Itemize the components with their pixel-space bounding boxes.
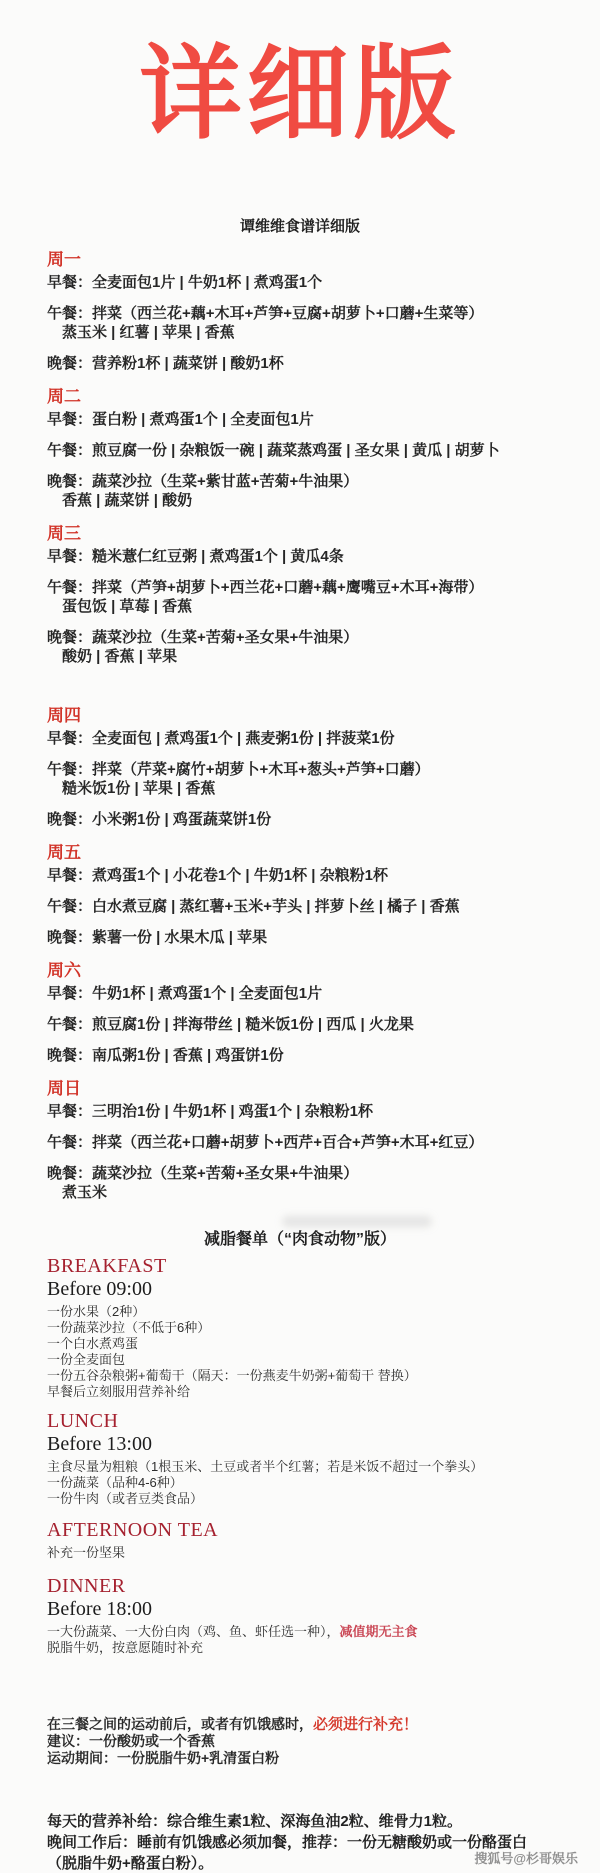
meal-label: 午餐： — [47, 761, 92, 778]
meal-label: 早餐： — [47, 1103, 92, 1120]
day-section-saturday: 周六 早餐：牛奶1杯 | 煮鸡蛋1个 | 全麦面包1片 午餐：煎豆腐1份 | 拌… — [47, 961, 574, 1065]
meal-items: 蔬菜沙拉（生菜+苦菊+圣女果+牛油果） — [92, 629, 358, 646]
meal-row: 晚餐：营养粉1杯 | 蔬菜饼 | 酸奶1杯 — [47, 354, 574, 373]
diet-item: 补充一份坚果 — [47, 1545, 574, 1561]
no-staple-warning: 减值期无主食 — [340, 1624, 418, 1639]
meal-items: 白水煮豆腐 | 蒸红薯+玉米+芋头 | 拌萝卜丝 | 橘子 | 香蕉 — [92, 898, 460, 915]
meal-items-continued: 蒸玉米 | 红薯 | 苹果 | 香蕉 — [47, 323, 574, 342]
meal-label: 午餐： — [47, 1016, 92, 1033]
meal-items: 紫薯一份 | 水果木瓜 | 苹果 — [92, 929, 267, 946]
meal-items: 三明治1份 | 牛奶1杯 | 鸡蛋1个 | 杂粮粉1杯 — [92, 1103, 373, 1120]
weekly-plan: 周一 早餐：全麦面包1片 | 牛奶1杯 | 煮鸡蛋1个 午餐：拌菜（西兰花+藕+… — [0, 250, 600, 1202]
faded-watermark-smudge — [282, 1216, 432, 1227]
day-heading: 周四 — [47, 706, 574, 726]
breakfast-time: Before 09:00 — [47, 1278, 574, 1301]
meal-items: 糙米薏仁红豆粥 | 煮鸡蛋1个 | 黄瓜4条 — [92, 548, 344, 565]
diet-item: 一份五谷杂粮粥+葡萄干（隔天：一份燕麦牛奶粥+葡萄干 替换） — [47, 1368, 574, 1384]
meal-items: 拌菜（芦笋+胡萝卜+西兰花+口蘑+藕+鹰嘴豆+木耳+海带） — [92, 579, 483, 596]
diet-item: 一份水果（2种） — [47, 1304, 574, 1320]
meal-label: 早餐： — [47, 411, 92, 428]
meal-items-continued: 香蕉 | 蔬菜饼 | 酸奶 — [47, 491, 574, 510]
meal-row: 午餐：拌菜（芹菜+腐竹+胡萝卜+木耳+葱头+芦笋+口蘑） 糙米饭1份 | 苹果 … — [47, 760, 574, 798]
meal-label: 午餐： — [47, 305, 92, 322]
diet-item: 一个白水煮鸡蛋 — [47, 1336, 574, 1352]
meal-items: 拌菜（芹菜+腐竹+胡萝卜+木耳+葱头+芦笋+口蘑） — [92, 761, 430, 778]
diet-item: 一大份蔬菜、一大份白肉（鸡、鱼、虾任选一种），减值期无主食 — [47, 1624, 574, 1640]
meal-items: 小米粥1份 | 鸡蛋蔬菜饼1份 — [92, 811, 271, 828]
meal-label: 午餐： — [47, 898, 92, 915]
meal-label: 早餐： — [47, 730, 92, 747]
meal-row: 早餐：全麦面包1片 | 牛奶1杯 | 煮鸡蛋1个 — [47, 273, 574, 292]
meal-items-continued: 糙米饭1份 | 苹果 | 香蕉 — [47, 779, 574, 798]
document-title: 谭维维食谱详细版 — [0, 217, 600, 236]
supplement-notes: 在三餐之间的运动前后，或者有饥饿感时，必须进行补充！ 建议：一份酸奶或一个香蕉 … — [0, 1716, 600, 1767]
meal-items-continued: 煮玉米 — [47, 1183, 574, 1202]
meal-label: 晚餐： — [47, 629, 92, 646]
meal-row: 早餐：三明治1份 | 牛奶1杯 | 鸡蛋1个 | 杂粮粉1杯 — [47, 1102, 574, 1121]
diet-item: 一份蔬菜沙拉（不低于6种） — [47, 1320, 574, 1336]
meal-label: 晚餐： — [47, 811, 92, 828]
meal-row: 晚餐：南瓜粥1份 | 香蕉 | 鸡蛋饼1份 — [47, 1046, 574, 1065]
meal-items: 拌菜（西兰花+藕+木耳+芦笋+豆腐+胡萝卜+口蘑+生菜等） — [92, 305, 483, 322]
meal-items: 煎豆腐一份 | 杂粮饭一碗 | 蔬菜蒸鸡蛋 | 圣女果 | 黄瓜 | 胡萝卜 — [92, 442, 500, 459]
diet-item: 一份蔬菜（品种4-6种） — [47, 1475, 574, 1491]
meal-row: 午餐：拌菜（西兰花+藕+木耳+芦笋+豆腐+胡萝卜+口蘑+生菜等） 蒸玉米 | 红… — [47, 304, 574, 342]
sohu-watermark: 搜狐号@杉哥娱乐 — [474, 1848, 578, 1867]
meal-items: 拌菜（西兰花+口蘑+胡萝卜+西芹+百合+芦笋+木耳+红豆） — [92, 1134, 483, 1151]
meal-label: 午餐： — [47, 442, 92, 459]
dinner-item-text: 一大份蔬菜、一大份白肉（鸡、鱼、虾任选一种）， — [47, 1624, 340, 1639]
diet-item: 主食尽量为粗粮（1根玉米、土豆或者半个红薯；若是米饭不超过一个拳头） — [47, 1459, 574, 1475]
note-line: 建议：一份酸奶或一个香蕉 — [47, 1733, 574, 1750]
breakfast-section: BREAKFAST Before 09:00 一份水果（2种） 一份蔬菜沙拉（不… — [47, 1254, 574, 1400]
meal-label: 晚餐： — [47, 473, 92, 490]
meal-items: 蔬菜沙拉（生菜+苦菊+圣女果+牛油果） — [92, 1165, 358, 1182]
diet-item: 早餐后立刻服用营养补给 — [47, 1384, 574, 1400]
day-section-monday: 周一 早餐：全麦面包1片 | 牛奶1杯 | 煮鸡蛋1个 午餐：拌菜（西兰花+藕+… — [47, 250, 574, 373]
meal-row: 早餐：蛋白粉 | 煮鸡蛋1个 | 全麦面包1片 — [47, 410, 574, 429]
day-heading: 周二 — [47, 387, 574, 407]
meal-row: 早餐：煮鸡蛋1个 | 小花卷1个 | 牛奶1杯 | 杂粮粉1杯 — [47, 866, 574, 885]
breakfast-heading: BREAKFAST — [47, 1254, 574, 1278]
meal-label: 晚餐： — [47, 929, 92, 946]
fat-loss-menu: BREAKFAST Before 09:00 一份水果（2种） 一份蔬菜沙拉（不… — [0, 1254, 600, 1656]
meal-items: 营养粉1杯 | 蔬菜饼 | 酸奶1杯 — [92, 355, 284, 372]
diet-item: 一份全麦面包 — [47, 1352, 574, 1368]
meal-items-continued: 酸奶 | 香蕉 | 苹果 — [47, 647, 574, 666]
day-section-sunday: 周日 早餐：三明治1份 | 牛奶1杯 | 鸡蛋1个 | 杂粮粉1杯 午餐：拌菜（… — [47, 1079, 574, 1202]
meal-row: 午餐：白水煮豆腐 | 蒸红薯+玉米+芋头 | 拌萝卜丝 | 橘子 | 香蕉 — [47, 897, 574, 916]
day-heading: 周日 — [47, 1079, 574, 1099]
meal-row: 晚餐：蔬菜沙拉（生菜+苦菊+圣女果+牛油果） 煮玉米 — [47, 1164, 574, 1202]
diet-item: 脱脂牛奶，按意愿随时补充 — [47, 1640, 574, 1656]
day-heading: 周五 — [47, 843, 574, 863]
meal-label: 早餐： — [47, 867, 92, 884]
meal-row: 午餐：拌菜（芦笋+胡萝卜+西兰花+口蘑+藕+鹰嘴豆+木耳+海带） 蛋包饭 | 草… — [47, 578, 574, 616]
meal-items: 南瓜粥1份 | 香蕉 | 鸡蛋饼1份 — [92, 1047, 284, 1064]
meal-items: 全麦面包1片 | 牛奶1杯 | 煮鸡蛋1个 — [92, 274, 322, 291]
day-section-thursday: 周四 早餐：全麦面包 | 煮鸡蛋1个 | 燕麦粥1份 | 拌菠菜1份 午餐：拌菜… — [47, 706, 574, 829]
note-line: 在三餐之间的运动前后，或者有饥饿感时，必须进行补充！ — [47, 1716, 574, 1733]
note-text: 在三餐之间的运动前后，或者有饥饿感时， — [47, 1716, 313, 1732]
day-heading: 周六 — [47, 961, 574, 981]
lunch-heading: LUNCH — [47, 1409, 574, 1433]
meal-label: 晚餐： — [47, 1165, 92, 1182]
meal-items: 牛奶1杯 | 煮鸡蛋1个 | 全麦面包1片 — [92, 985, 322, 1002]
meal-items: 蔬菜沙拉（生菜+紫甘蓝+苦菊+牛油果） — [92, 473, 358, 490]
meal-row: 午餐：煎豆腐一份 | 杂粮饭一碗 | 蔬菜蒸鸡蛋 | 圣女果 | 黄瓜 | 胡萝… — [47, 441, 574, 460]
meal-row: 午餐：煎豆腐1份 | 拌海带丝 | 糙米饭1份 | 西瓜 | 火龙果 — [47, 1015, 574, 1034]
footer-line: 每天的营养补给：综合维生素1粒、深海鱼油2粒、维骨力1粒。 — [47, 1811, 574, 1832]
meal-row: 早餐：糙米薏仁红豆粥 | 煮鸡蛋1个 | 黄瓜4条 — [47, 547, 574, 566]
meal-label: 晚餐： — [47, 355, 92, 372]
meal-items: 煎豆腐1份 | 拌海带丝 | 糙米饭1份 | 西瓜 | 火龙果 — [92, 1016, 414, 1033]
dinner-heading: DINNER — [47, 1574, 574, 1598]
meal-row: 晚餐：小米粥1份 | 鸡蛋蔬菜饼1份 — [47, 810, 574, 829]
day-section-tuesday: 周二 早餐：蛋白粉 | 煮鸡蛋1个 | 全麦面包1片 午餐：煎豆腐一份 | 杂粮… — [47, 387, 574, 510]
meal-row: 晚餐：紫薯一份 | 水果木瓜 | 苹果 — [47, 928, 574, 947]
fat-loss-menu-title: 减脂餐单（“肉食动物”版） — [0, 1230, 600, 1250]
dinner-time: Before 18:00 — [47, 1598, 574, 1621]
meal-label: 午餐： — [47, 579, 92, 596]
must-supplement-warning: 必须进行补充！ — [313, 1716, 418, 1733]
dinner-section: DINNER Before 18:00 一大份蔬菜、一大份白肉（鸡、鱼、虾任选一… — [47, 1574, 574, 1656]
meal-label: 早餐： — [47, 985, 92, 1002]
meal-row: 早餐：牛奶1杯 | 煮鸡蛋1个 | 全麦面包1片 — [47, 984, 574, 1003]
meal-row: 晚餐：蔬菜沙拉（生菜+苦菊+圣女果+牛油果） 酸奶 | 香蕉 | 苹果 — [47, 628, 574, 666]
page-title: 详细版 — [0, 0, 600, 161]
meal-label: 午餐： — [47, 1134, 92, 1151]
meal-label: 晚餐： — [47, 1047, 92, 1064]
afternoon-tea-section: AFTERNOON TEA 补充一份坚果 — [47, 1518, 574, 1561]
meal-label: 早餐： — [47, 274, 92, 291]
day-section-friday: 周五 早餐：煮鸡蛋1个 | 小花卷1个 | 牛奶1杯 | 杂粮粉1杯 午餐：白水… — [47, 843, 574, 947]
meal-items: 蛋白粉 | 煮鸡蛋1个 | 全麦面包1片 — [92, 411, 314, 428]
meal-items: 全麦面包 | 煮鸡蛋1个 | 燕麦粥1份 | 拌菠菜1份 — [92, 730, 395, 747]
day-section-wednesday: 周三 早餐：糙米薏仁红豆粥 | 煮鸡蛋1个 | 黄瓜4条 午餐：拌菜（芦笋+胡萝… — [47, 524, 574, 666]
lunch-section: LUNCH Before 13:00 主食尽量为粗粮（1根玉米、土豆或者半个红薯… — [47, 1409, 574, 1507]
note-line: 运动期间：一份脱脂牛奶+乳清蛋白粉 — [47, 1750, 574, 1767]
afternoon-tea-heading: AFTERNOON TEA — [47, 1518, 574, 1542]
meal-plan-document: 详细版 谭维维食谱详细版 周一 早餐：全麦面包1片 | 牛奶1杯 | 煮鸡蛋1个… — [0, 0, 600, 1873]
day-heading: 周一 — [47, 250, 574, 270]
meal-row: 晚餐：蔬菜沙拉（生菜+紫甘蓝+苦菊+牛油果） 香蕉 | 蔬菜饼 | 酸奶 — [47, 472, 574, 510]
lunch-time: Before 13:00 — [47, 1433, 574, 1456]
meal-row: 午餐：拌菜（西兰花+口蘑+胡萝卜+西芹+百合+芦笋+木耳+红豆） — [47, 1133, 574, 1152]
day-heading: 周三 — [47, 524, 574, 544]
meal-label: 早餐： — [47, 548, 92, 565]
meal-row: 早餐：全麦面包 | 煮鸡蛋1个 | 燕麦粥1份 | 拌菠菜1份 — [47, 729, 574, 748]
diet-item: 一份牛肉（或者豆类食品） — [47, 1491, 574, 1507]
meal-items-continued: 蛋包饭 | 草莓 | 香蕉 — [47, 597, 574, 616]
meal-items: 煮鸡蛋1个 | 小花卷1个 | 牛奶1杯 | 杂粮粉1杯 — [92, 867, 388, 884]
